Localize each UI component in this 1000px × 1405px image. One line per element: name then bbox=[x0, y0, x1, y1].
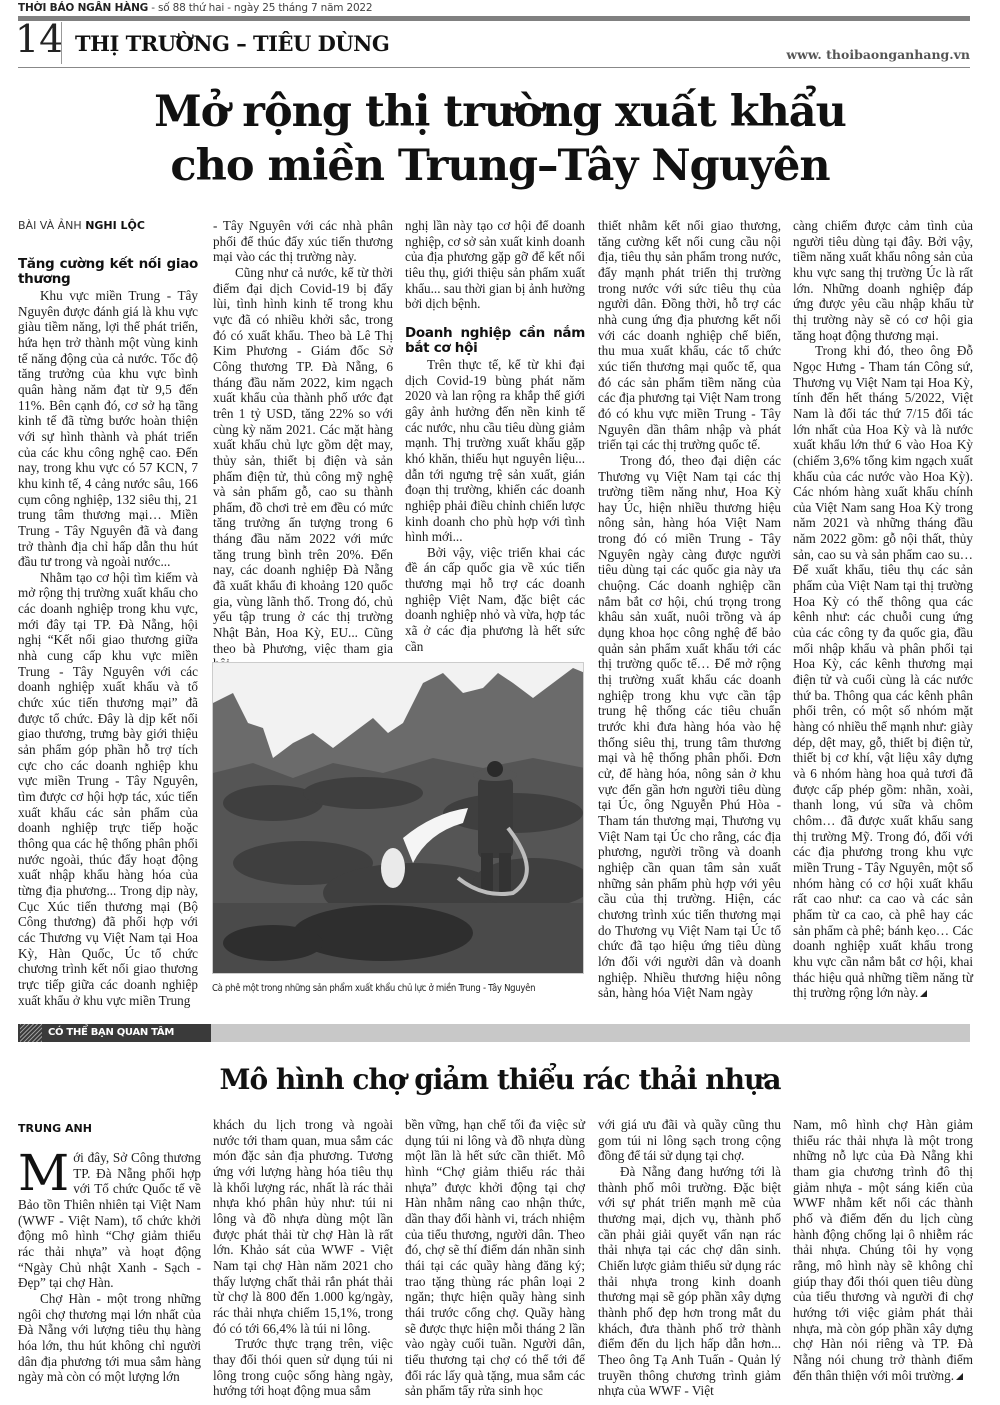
paragraph-text: Trong khi đó, theo ông Đỗ Ngọc Hưng - Th… bbox=[793, 343, 973, 1000]
paragraph-continued: thiết nhằm kết nối giao thương, tăng cườ… bbox=[598, 218, 781, 453]
byline-prefix: BÀI VÀ ẢNH bbox=[18, 219, 85, 232]
section-title: THỊ TRƯỜNG – TIÊU DÙNG bbox=[75, 31, 389, 56]
banner-label-text: CÓ THỂ BẠN QUAN TÂM bbox=[48, 1027, 174, 1038]
website-link[interactable]: www. thoibaonganhang.vn bbox=[786, 47, 970, 62]
paragraph-continued: bền vững, hạn chế tối đa việc sử dụng tú… bbox=[405, 1117, 585, 1399]
paragraph: Đà Nẵng đang hướng tới là thành phố môi … bbox=[598, 1164, 781, 1399]
paragraph-text: Nam, mô hình chợ Hàn giảm thiểu rác thải… bbox=[793, 1117, 973, 1383]
masthead-publication-line: THỜI BÁO NGÂN HÀNG - số 88 thứ hai - ngà… bbox=[18, 2, 372, 14]
paragraph-continued: Nam, mô hình chợ Hàn giảm thiểu rác thải… bbox=[793, 1117, 973, 1383]
paragraph: Nhằm tạo cơ hội tìm kiếm và mở rộng thị … bbox=[18, 570, 198, 1008]
end-of-article-icon bbox=[956, 1373, 963, 1380]
headline-line-1: Mở rộng thị trường xuất khẩu bbox=[0, 85, 1000, 139]
article-column-2: - Tây Nguyên với các nhà phân phối để th… bbox=[213, 218, 393, 672]
page-number-divider bbox=[61, 22, 62, 64]
top-rule-divider bbox=[18, 16, 970, 21]
paragraph: Trong khi đó, theo ông Đỗ Ngọc Hưng - Th… bbox=[793, 343, 973, 1001]
page-number: 14 bbox=[15, 20, 63, 58]
article2-column-2: khách du lịch trong và ngoài nước tới th… bbox=[213, 1117, 393, 1399]
coffee-farm-photo bbox=[212, 662, 584, 974]
article-column-1: Tăng cường kết nối giao thương Khu vực m… bbox=[18, 257, 198, 1008]
article2-column-3: bền vững, hạn chế tối đa việc sử dụng tú… bbox=[405, 1117, 585, 1399]
dropcap-letter: M bbox=[18, 1152, 69, 1194]
issue-info: - số 88 thứ hai - ngày 25 tháng 7 năm 20… bbox=[148, 2, 372, 14]
banner-label: CÓ THỂ BẠN QUAN TÂM bbox=[18, 1024, 211, 1042]
photo-caption: Cà phê một trong những sản phẩm xuất khẩ… bbox=[212, 983, 535, 994]
paragraph: Cũng như cả nước, kể từ thời điểm đại dị… bbox=[213, 265, 393, 672]
end-of-article-icon bbox=[920, 990, 927, 997]
paragraph: Trong đó, theo đại diện các Thương vụ Vi… bbox=[598, 453, 781, 1001]
byline-author: NGHI LỘC bbox=[85, 219, 145, 232]
lead-paragraph: Mới đây, Sở Công thương TP. Đà Nẵng phối… bbox=[18, 1150, 201, 1291]
paragraph: Chợ Hàn - một trong những ngôi chợ thươn… bbox=[18, 1291, 201, 1385]
article2-column-5: Nam, mô hình chợ Hàn giảm thiểu rác thải… bbox=[793, 1117, 973, 1383]
paragraph-continued: - Tây Nguyên với các nhà phân phối để th… bbox=[213, 218, 393, 265]
article-column-4: thiết nhằm kết nối giao thương, tăng cườ… bbox=[598, 218, 781, 1001]
header-rule-divider bbox=[18, 67, 970, 68]
paragraph: Bởi vậy, việc triển khai các đề án cấp q… bbox=[405, 545, 585, 655]
paragraph: Trước thực trạng trên, việc thay đổi thó… bbox=[213, 1336, 393, 1399]
paragraph: Khu vực miền Trung - Tây Nguyên được đán… bbox=[18, 288, 198, 570]
article-column-3: nghị lần này tạo cơ hội để doanh nghiệp,… bbox=[405, 218, 585, 654]
paragraph-continued: với giá ưu đãi và quầy cũng thu gom túi … bbox=[598, 1117, 781, 1164]
paragraph: Trên thực tế, kể từ khi đại dịch Covid-1… bbox=[405, 357, 585, 545]
photo-illustration bbox=[213, 663, 584, 974]
paragraph-continued: khách du lịch trong và ngoài nước tới th… bbox=[213, 1117, 393, 1336]
paragraph-continued: càng chiếm được cảm tình của người tiêu … bbox=[793, 218, 973, 343]
article2-column-4: với giá ưu đãi và quầy cũng thu gom túi … bbox=[598, 1117, 781, 1399]
article2-headline: Mô hình chợ giảm thiểu rác thải nhựa bbox=[0, 1063, 1000, 1096]
article-headline: Mở rộng thị trường xuất khẩu cho miền Tr… bbox=[0, 85, 1000, 193]
banner-hatch-icon bbox=[20, 1024, 42, 1042]
publication-name: THỜI BÁO NGÂN HÀNG bbox=[18, 2, 148, 14]
article-byline: BÀI VÀ ẢNH NGHI LỘC bbox=[18, 219, 145, 232]
related-section-banner: CÓ THỂ BẠN QUAN TÂM bbox=[18, 1024, 970, 1042]
article2-byline: TRUNG ANH bbox=[18, 1122, 92, 1135]
headline-line-2: cho miền Trung–Tây Nguyên bbox=[0, 139, 1000, 193]
paragraph-continued: nghị lần này tạo cơ hội để doanh nghiệp,… bbox=[405, 218, 585, 312]
subhead-nam-bat-co-hoi: Doanh nghiệp cần nắm bắt cơ hội bbox=[405, 326, 585, 356]
subhead-ket-noi-giao-thuong: Tăng cường kết nối giao thương bbox=[18, 257, 198, 287]
article2-column-1: Mới đây, Sở Công thương TP. Đà Nẵng phối… bbox=[18, 1150, 201, 1385]
article-column-5: càng chiếm được cảm tình của người tiêu … bbox=[793, 218, 973, 1001]
